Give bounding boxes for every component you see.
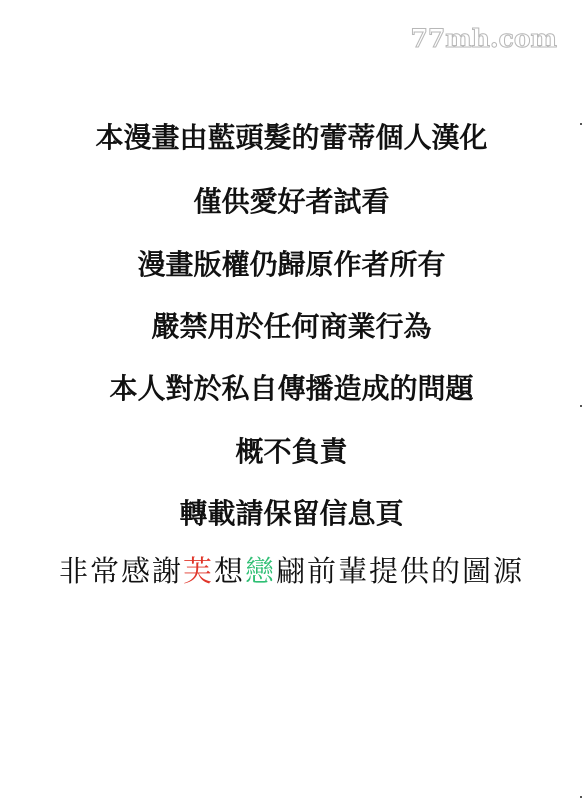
credit-line-not-responsible: 概不負責 (0, 435, 583, 469)
edge-speck-top (580, 123, 582, 125)
thanks-prefix: 非常感謝 (59, 554, 183, 588)
edge-speck-bottom (580, 796, 582, 798)
thanks-name-black: 想 (214, 554, 245, 588)
edge-speck-mid (580, 405, 582, 407)
watermark: 77mh.com (411, 24, 557, 53)
thanks-name-green: 戀 (245, 554, 276, 588)
credit-line-no-commercial: 嚴禁用於任何商業行為 (0, 310, 583, 344)
credit-line-scanlation: 本漫畫由藍頭髮的蕾蒂個人漢化 (0, 121, 583, 155)
credit-line-disclaimer: 本人對於私自傳播造成的問題 (0, 372, 583, 406)
thanks-name-red: 芙 (183, 554, 214, 588)
credit-line-trial: 僅供愛好者試看 (0, 185, 583, 219)
credit-line-copyright: 漫畫版權仍歸原作者所有 (0, 248, 583, 282)
thanks-suffix: 翩前輩提供的圖源 (276, 554, 524, 588)
credit-line-keep-page: 轉載請保留信息頁 (0, 497, 583, 531)
credit-line-thanks: 非常感謝芙想戀翩前輩提供的圖源 (0, 554, 583, 588)
